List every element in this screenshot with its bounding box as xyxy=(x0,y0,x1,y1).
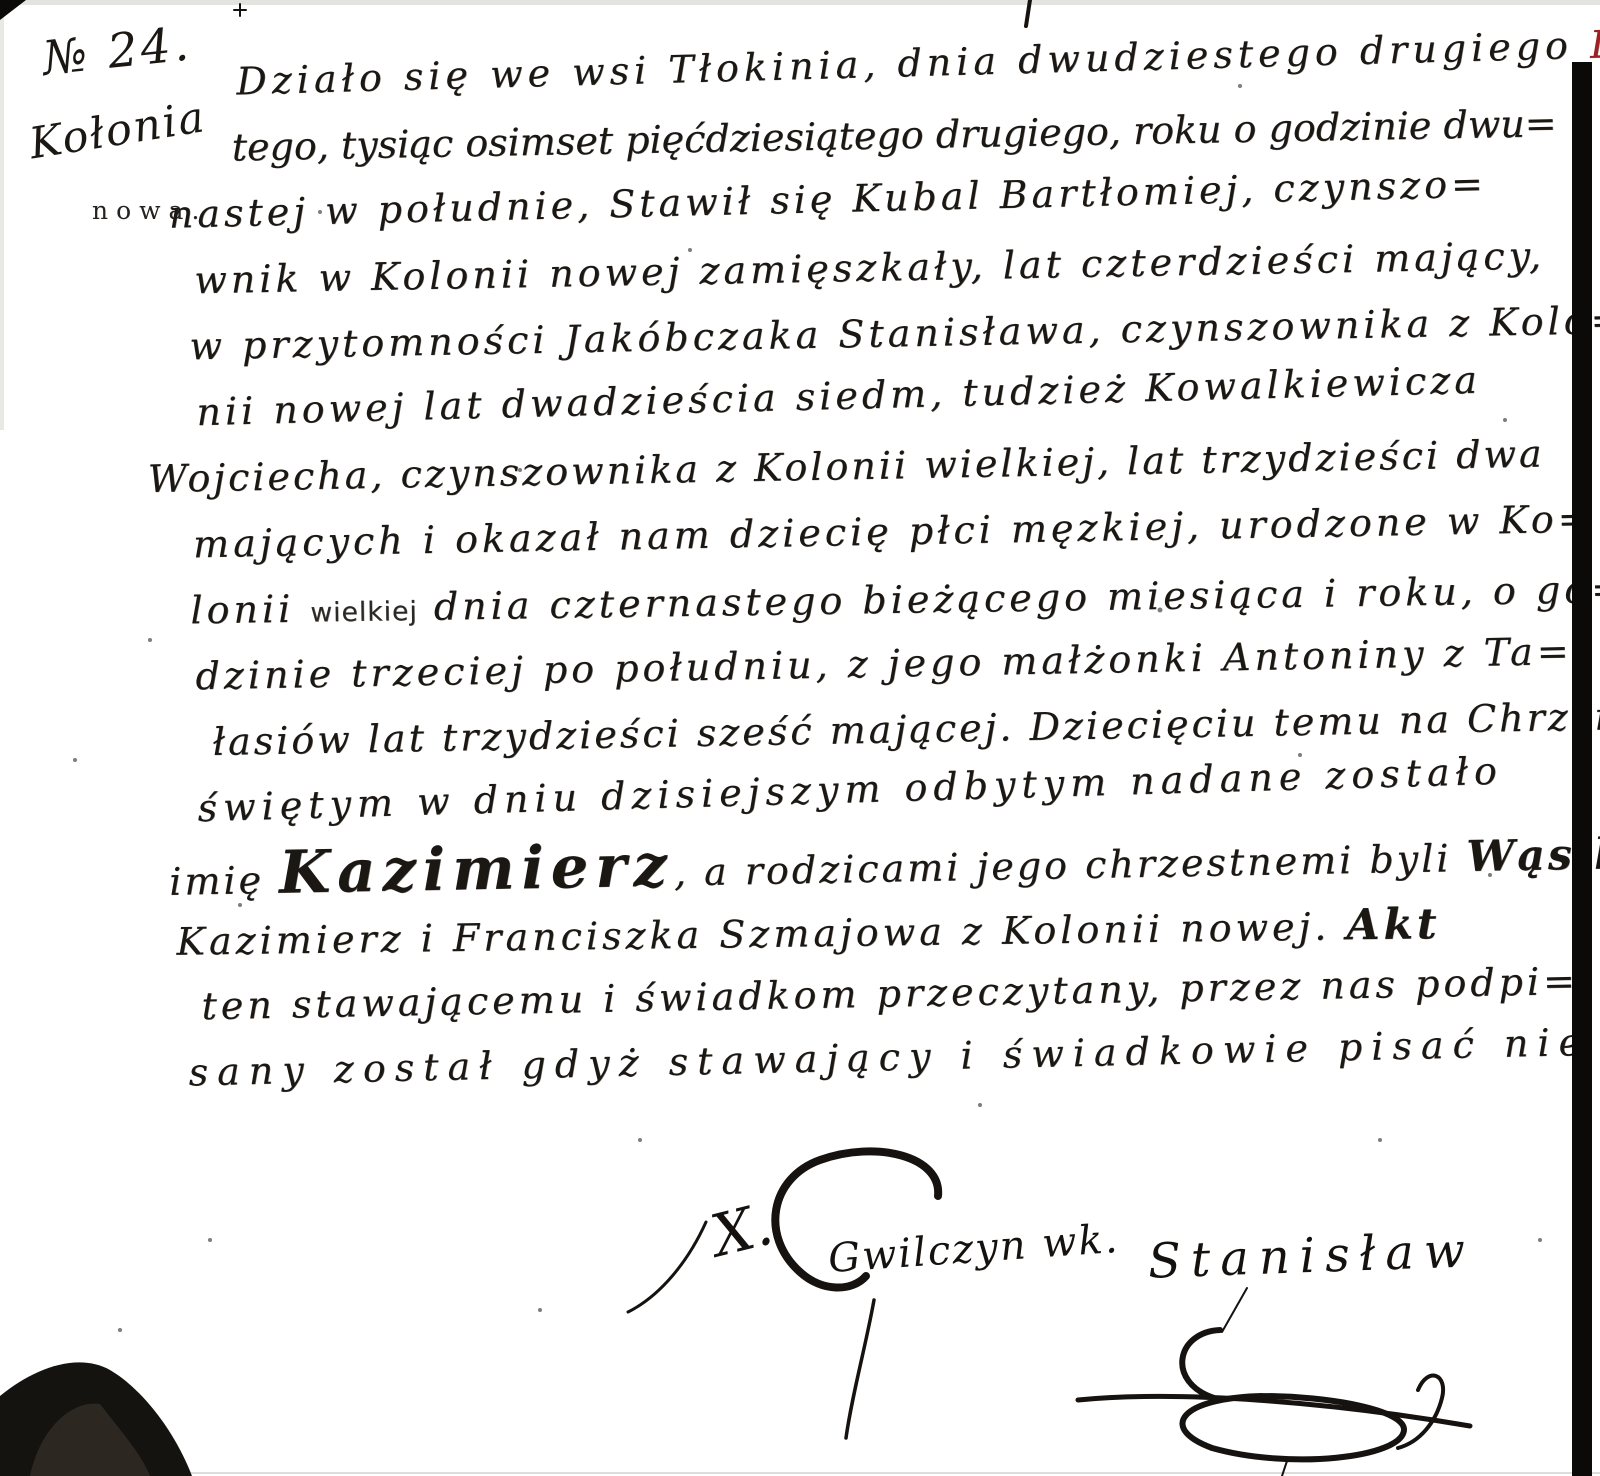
scan-edge-left xyxy=(0,0,4,430)
manuscript-segment-bold: Wąsik xyxy=(1466,829,1600,882)
manuscript-segment: imię xyxy=(169,858,280,904)
witness-signature: Stanisław xyxy=(1147,1222,1476,1289)
manuscript-segment: mających i okazał nam dziecię płci męzki… xyxy=(193,497,1594,567)
corner-ink-blob xyxy=(0,1362,192,1476)
manuscript-page: № 24. Kołonia nowa. Działo się we wsi Tł… xyxy=(0,0,1600,1476)
manuscript-segment-big: Kazimierz xyxy=(278,831,674,907)
scan-edge-bottom xyxy=(0,1472,1600,1474)
record-text: Działo się we wsi Tłokinia, dnia dwudzie… xyxy=(152,24,1600,1106)
signature-cross-mark: X. xyxy=(705,1190,779,1270)
manuscript-segment-alt: wielkiej xyxy=(310,596,418,629)
manuscript-segment: dnia czternastego bieżącego miesiąca i r… xyxy=(417,567,1600,629)
manuscript-segment: Kazimierz i Franciszka Szmajowa z Koloni… xyxy=(176,904,1346,963)
manuscript-segment: Działo się we wsi Tłokinia, dnia dwudzie… xyxy=(236,23,1574,103)
priest-signature: Gwilczyn wk. xyxy=(827,1216,1121,1282)
manuscript-segment: lonii xyxy=(190,587,311,633)
scan-edge-top xyxy=(0,0,1600,5)
manuscript-segment-red: Lu: xyxy=(1572,21,1600,68)
manuscript-segment-bold: Akt xyxy=(1346,899,1441,950)
manuscript-segment: , a rodzicami jego chrzestnemi byli xyxy=(673,836,1466,895)
